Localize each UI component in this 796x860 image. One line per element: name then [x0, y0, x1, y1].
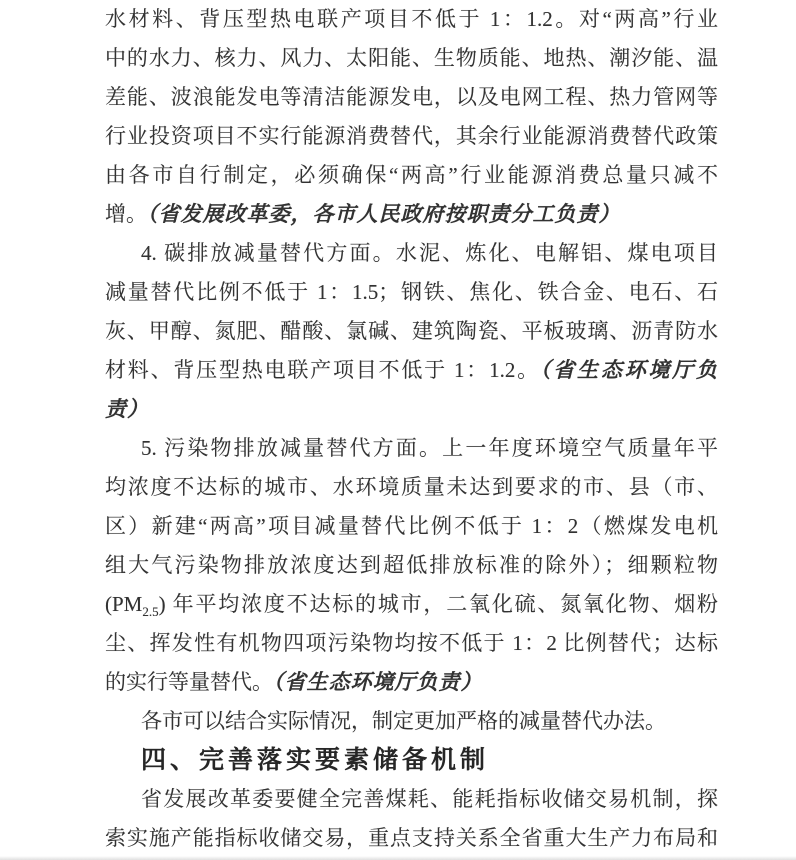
- text-line: 增。（省发展改革委，各市人民政府按职责分工负责）: [105, 195, 718, 234]
- text-segment: 均浓度不达标的城市、水环境质量未达到要求的市、县（市、: [105, 475, 718, 499]
- text-line: 均浓度不达标的城市、水环境质量未达到要求的市、县（市、: [105, 468, 718, 507]
- text-segment: 行业投资项目不实行能源消费替代，其余行业能源消费替代政策: [105, 124, 718, 148]
- text-line: 的实行等量替代。（省生态环境厅负责）: [105, 663, 718, 702]
- text-segment: 灰、甲醇、氮肥、醋酸、氯碱、建筑陶瓷、平板玻璃、沥青防水: [105, 319, 718, 343]
- text-segment: 增。: [105, 202, 147, 226]
- text-segment: 水材料、背压型热电联产项目不低于 1：1.2。对“两高”行业: [105, 7, 718, 31]
- text-line: 各市可以结合实际情况，制定更加严格的减量替代办法。: [105, 702, 718, 741]
- text-line: 4. 碳排放减量替代方面。水泥、炼化、电解铝、煤电项目: [105, 234, 718, 273]
- responsibility-clause-text: （省生态环境厅负: [540, 358, 718, 382]
- text-line: 材料、背压型热电联产项目不低于 1：1.2。（省生态环境厅负: [105, 351, 718, 390]
- text-line: 行业投资项目不实行能源消费替代，其余行业能源消费替代政策: [105, 117, 718, 156]
- text-line: 水材料、背压型热电联产项目不低于 1：1.2。对“两高”行业: [105, 0, 718, 39]
- text-segment: 的实行等量替代。: [105, 670, 273, 694]
- text-line: 减量替代比例不低于 1：1.5；钢铁、焦化、铁合金、电石、石: [105, 273, 718, 312]
- text-line: 索实施产能指标收储交易，重点支持关系全省重大生产力布局和: [105, 819, 718, 858]
- text-line: 尘、挥发性有机物四项污染物均按不低于 1：2 比例替代；达标: [105, 624, 718, 663]
- text-segment: ) 年平均浓度不达标的城市，二氧化硫、氮氧化物、烟粉: [159, 592, 718, 616]
- text-segment: 材料、背压型热电联产项目不低于 1：1.2。: [105, 358, 540, 382]
- text-segment: 省发展改革委要健全完善煤耗、能耗指标收储交易机制，探: [141, 787, 718, 811]
- text-segment: 四、完善落实要素储备机制: [141, 746, 489, 774]
- text-segment: 4. 碳排放减量替代方面。水泥、炼化、电解铝、煤电项目: [141, 241, 718, 265]
- text-line: 中的水力、核力、风力、太阳能、生物质能、地热、潮汐能、温: [105, 39, 718, 78]
- text-line: 5. 污染物排放减量替代方面。上一年度环境空气质量年平: [105, 429, 718, 468]
- responsibility-clause-text: （省发展改革委，各市人民政府按职责分工负责）: [147, 202, 621, 226]
- text-line: 责）: [105, 390, 718, 429]
- text-segment: 组大气污染物排放浓度达到超低排放标准的除外）；细颗粒物: [105, 553, 718, 577]
- text-segment: 减量替代比例不低于 1：1.5；钢铁、焦化、铁合金、电石、石: [105, 280, 718, 304]
- responsibility-clause-text: （省生态环境厅负责）: [273, 670, 483, 694]
- text-segment: 由各市自行制定，必须确保“两高”行业能源消费总量只减不: [105, 163, 718, 187]
- text-segment: 5. 污染物排放减量替代方面。上一年度环境空气质量年平: [141, 436, 718, 460]
- text-segment: 中的水力、核力、风力、太阳能、生物质能、地热、潮汐能、温: [105, 46, 718, 70]
- text-segment: 尘、挥发性有机物四项污染物均按不低于 1：2 比例替代；达标: [105, 631, 718, 655]
- text-line: 区）新建“两高”项目减量替代比例不低于 1：2（燃煤发电机: [105, 507, 718, 546]
- document-page: 水材料、背压型热电联产项目不低于 1：1.2。对“两高”行业中的水力、核力、风力…: [0, 0, 796, 860]
- text-line: 省发展改革委要健全完善煤耗、能耗指标收储交易机制，探: [105, 780, 718, 819]
- responsibility-clause-text: 责）: [105, 397, 149, 421]
- text-segment: 区）新建“两高”项目减量替代比例不低于 1：2（燃煤发电机: [105, 514, 718, 538]
- text-line: 由各市自行制定，必须确保“两高”行业能源消费总量只减不: [105, 156, 718, 195]
- document-text-column: 水材料、背压型热电联产项目不低于 1：1.2。对“两高”行业中的水力、核力、风力…: [105, 0, 718, 858]
- text-segment: 各市可以结合实际情况，制定更加严格的减量替代办法。: [141, 709, 666, 733]
- text-line: 差能、波浪能发电等清洁能源发电，以及电网工程、热力管网等: [105, 78, 718, 117]
- text-line: 灰、甲醇、氮肥、醋酸、氯碱、建筑陶瓷、平板玻璃、沥青防水: [105, 312, 718, 351]
- text-line: 组大气污染物排放浓度达到超低排放标准的除外）；细颗粒物: [105, 546, 718, 585]
- section-heading: 四、完善落实要素储备机制: [105, 741, 718, 780]
- text-segment: (PM: [105, 592, 142, 616]
- text-segment: 索实施产能指标收储交易，重点支持关系全省重大生产力布局和: [105, 826, 718, 850]
- text-line: (PM2.5) 年平均浓度不达标的城市，二氧化硫、氮氧化物、烟粉: [105, 585, 718, 624]
- text-segment: 差能、波浪能发电等清洁能源发电，以及电网工程、热力管网等: [105, 85, 718, 109]
- subscript-text: 2.5: [142, 604, 158, 619]
